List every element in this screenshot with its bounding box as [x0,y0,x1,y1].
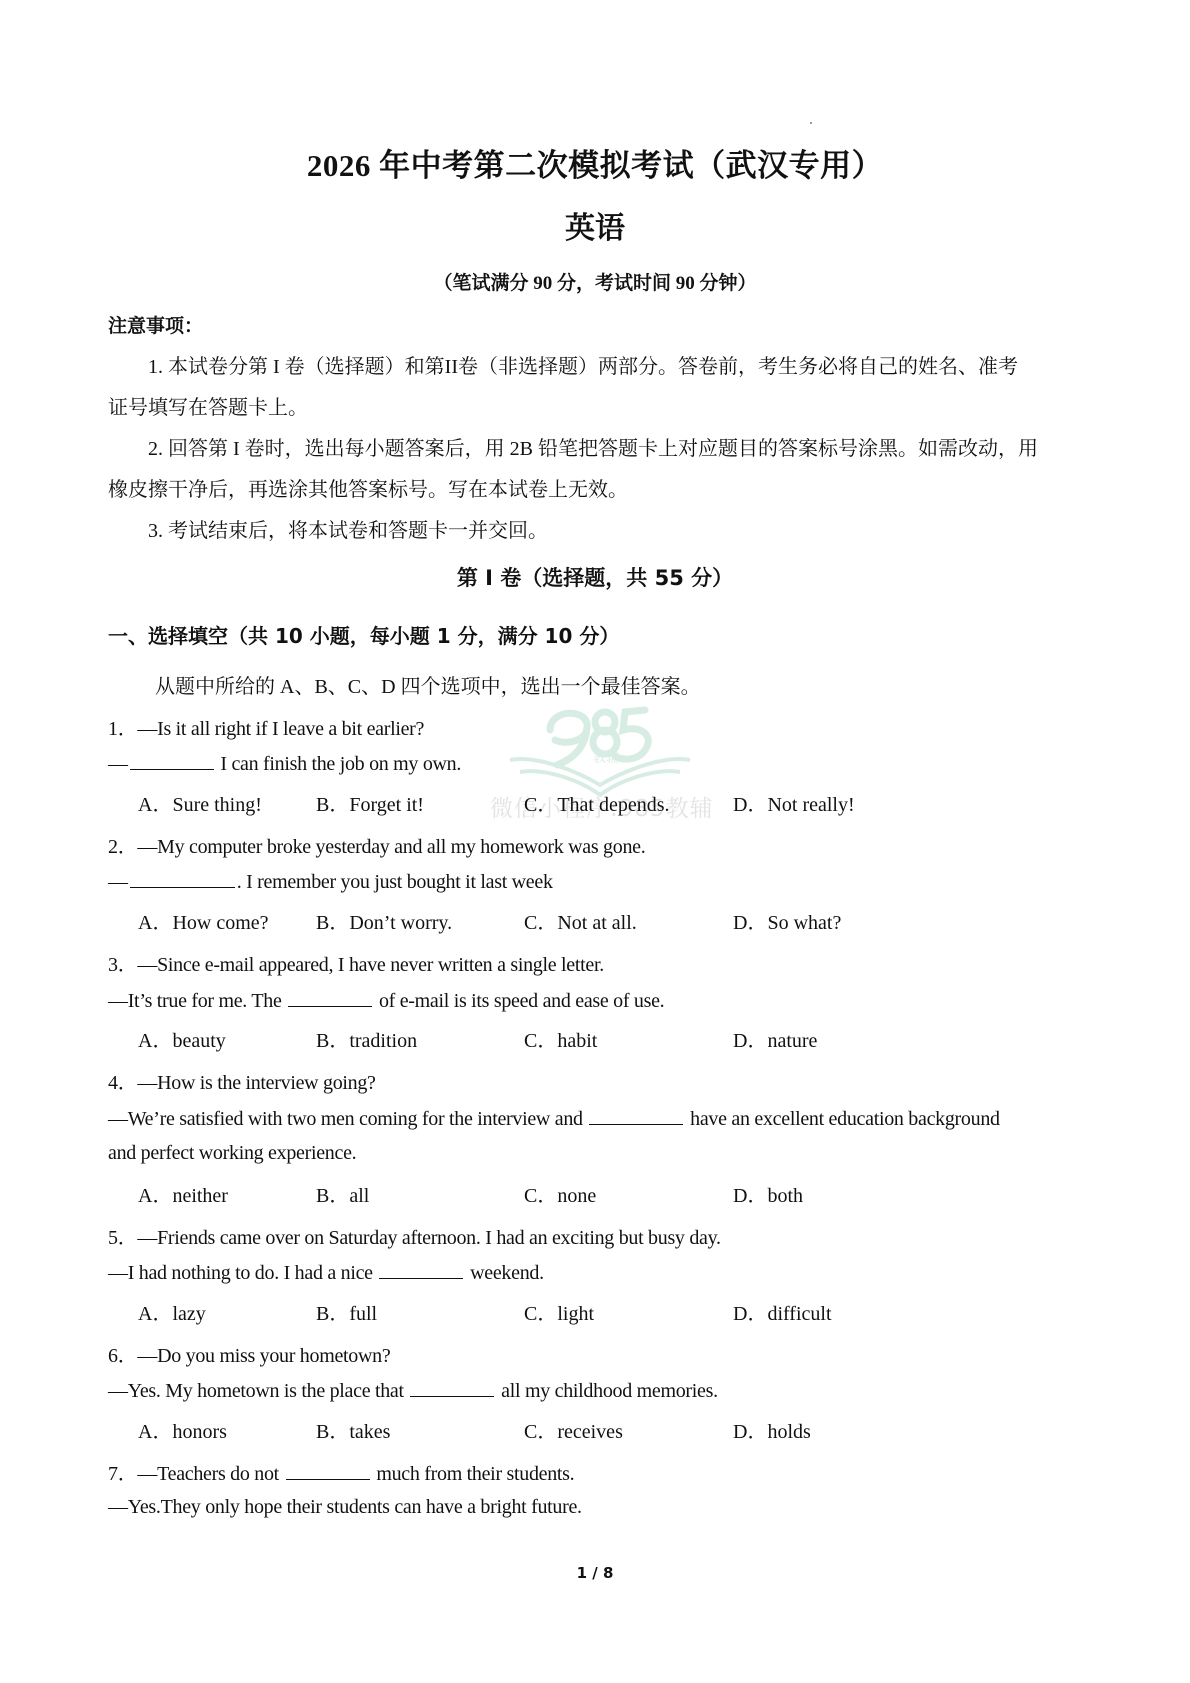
question-number: 5． [108,1227,137,1249]
q1-option-a[interactable]: A．Sure thing! [138,788,262,817]
q5-option-c[interactable]: C．light [524,1297,594,1326]
question-number: 2． [108,836,137,858]
q6-option-a[interactable]: A．honors [138,1415,227,1444]
answer-text: have an excellent education background [685,1108,999,1130]
question-text: —My computer broke yesterday and all my … [137,836,645,858]
subject-title: 英语 [0,203,1190,247]
q4-option-c[interactable]: C．none [524,1179,596,1208]
answer-prefix: —We’re satisfied with two men coming for… [108,1108,587,1130]
exam-title: 2026 年中考第二次模拟考试（武汉专用） [0,140,1190,185]
question-number: 3． [108,954,137,976]
section1-heading: 一、选择填空（共 10 小题，每小题 1 分，满分 10 分） [108,620,619,649]
exam-page: 教辅 微信小程序:985教辅 2026 年中考第二次模拟考试（武汉专用） 英语 … [0,0,1190,1683]
q1-option-c[interactable]: C．That depends. [524,788,670,817]
question-4-answer-line2: and perfect working experience. [108,1142,356,1165]
question-7: 7．—Teachers do not much from their stude… [108,1457,574,1486]
q5-option-a[interactable]: A．lazy [138,1297,206,1326]
answer-prefix: — [108,871,128,893]
question-text: —Friends came over on Saturday afternoon… [137,1227,720,1249]
question-text: —Teachers do not [137,1463,283,1485]
answer-blank[interactable] [130,751,214,770]
answer-prefix: —Yes. My hometown is the place that [108,1380,408,1402]
q5-option-d[interactable]: D．difficult [733,1297,832,1326]
answer-blank[interactable] [589,1106,683,1125]
question-number: 4． [108,1072,137,1094]
q4-option-d[interactable]: D．both [733,1179,803,1208]
part1-heading: 第 I 卷（选择题，共 55 分） [0,562,1190,592]
q4-option-a[interactable]: A．neither [138,1179,228,1208]
question-3-answer-line: —It’s true for me. The of e-mail is its … [108,988,664,1013]
question-7-answer-line: —Yes.They only hope their students can h… [108,1496,582,1519]
q2-option-b[interactable]: B．Don’t worry. [316,906,452,935]
q6-option-b[interactable]: B．takes [316,1415,390,1444]
question-6-answer-line: —Yes. My hometown is the place that all … [108,1378,718,1403]
question-text: —Since e-mail appeared, I have never wri… [137,954,604,976]
page-number: 1 / 8 [0,1564,1190,1582]
question-2: 2．—My computer broke yesterday and all m… [108,830,645,859]
answer-blank[interactable] [130,869,235,888]
answer-text: weekend. [465,1262,543,1284]
question-3: 3．—Since e-mail appeared, I have never w… [108,948,604,977]
answer-blank[interactable] [286,1461,370,1480]
q3-option-d[interactable]: D．nature [733,1024,817,1053]
section1-instruction: 从题中所给的 A、B、C、D 四个选项中，选出一个最佳答案。 [155,670,701,699]
question-number: 7． [108,1463,137,1485]
q5-option-b[interactable]: B．full [316,1297,377,1326]
answer-blank[interactable] [288,988,372,1007]
notice-item-1-line2: 证号填写在答题卡上。 [108,391,308,420]
q2-option-a[interactable]: A．How come? [138,906,269,935]
notice-item-3-line1: 3. 考试结束后，将本试卷和答题卡一并交回。 [148,514,548,543]
question-2-answer-line: —. I remember you just bought it last we… [108,869,553,894]
svg-text:教辅: 教辅 [593,750,619,766]
answer-blank[interactable] [410,1378,494,1397]
answer-text: of e-mail is its speed and ease of use. [374,990,664,1012]
question-text-end: much from their students. [372,1463,575,1485]
notice-heading: 注意事项： [108,311,203,338]
question-5-answer-line: —I had nothing to do. I had a nice weeke… [108,1260,544,1285]
q6-option-d[interactable]: D．holds [733,1415,811,1444]
watermark-logo-icon: 教辅 [495,700,705,800]
answer-prefix: —I had nothing to do. I had a nice [108,1262,377,1284]
question-1-answer-line: — I can finish the job on my own. [108,751,461,776]
answer-text: . I remember you just bought it last wee… [237,871,553,893]
question-6: 6．—Do you miss your hometown? [108,1339,390,1368]
question-4: 4．—How is the interview going? [108,1066,376,1095]
q1-option-b[interactable]: B．Forget it! [316,788,424,817]
question-1: 1．—Is it all right if I leave a bit earl… [108,712,424,741]
q2-option-c[interactable]: C．Not at all. [524,906,637,935]
answer-prefix: —It’s true for me. The [108,990,286,1012]
notice-item-2-line1: 2. 回答第 I 卷时，选出每小题答案后，用 2B 铅笔把答题卡上对应题目的答案… [148,432,1038,461]
q6-option-c[interactable]: C．receives [524,1415,623,1444]
q3-option-a[interactable]: A．beauty [138,1024,226,1053]
q1-option-d[interactable]: D．Not really! [733,788,855,817]
question-5: 5．—Friends came over on Saturday afterno… [108,1221,721,1250]
question-4-answer-line: —We’re satisfied with two men coming for… [108,1106,1000,1131]
q3-option-b[interactable]: B．tradition [316,1024,417,1053]
question-number: 1． [108,718,137,740]
answer-blank[interactable] [379,1260,463,1279]
answer-text: all my childhood memories. [496,1380,717,1402]
question-text: —How is the interview going? [137,1072,375,1094]
exam-meta: （笔试满分 90 分，考试时间 90 分钟） [0,268,1190,295]
scan-speck [810,122,812,124]
answer-prefix: — [108,753,128,775]
notice-item-1-line1: 1. 本试卷分第 I 卷（选择题）和第II卷（非选择题）两部分。答卷前，考生务必… [148,350,1018,379]
q2-option-d[interactable]: D．So what? [733,906,841,935]
question-text: —Is it all right if I leave a bit earlie… [137,718,424,740]
question-number: 6． [108,1345,137,1367]
question-text: —Do you miss your hometown? [137,1345,390,1367]
answer-text: I can finish the job on my own. [216,753,461,775]
q4-option-b[interactable]: B．all [316,1179,369,1208]
q3-option-c[interactable]: C．habit [524,1024,597,1053]
notice-item-2-line2: 橡皮擦干净后，再选涂其他答案标号。写在本试卷上无效。 [108,473,628,502]
